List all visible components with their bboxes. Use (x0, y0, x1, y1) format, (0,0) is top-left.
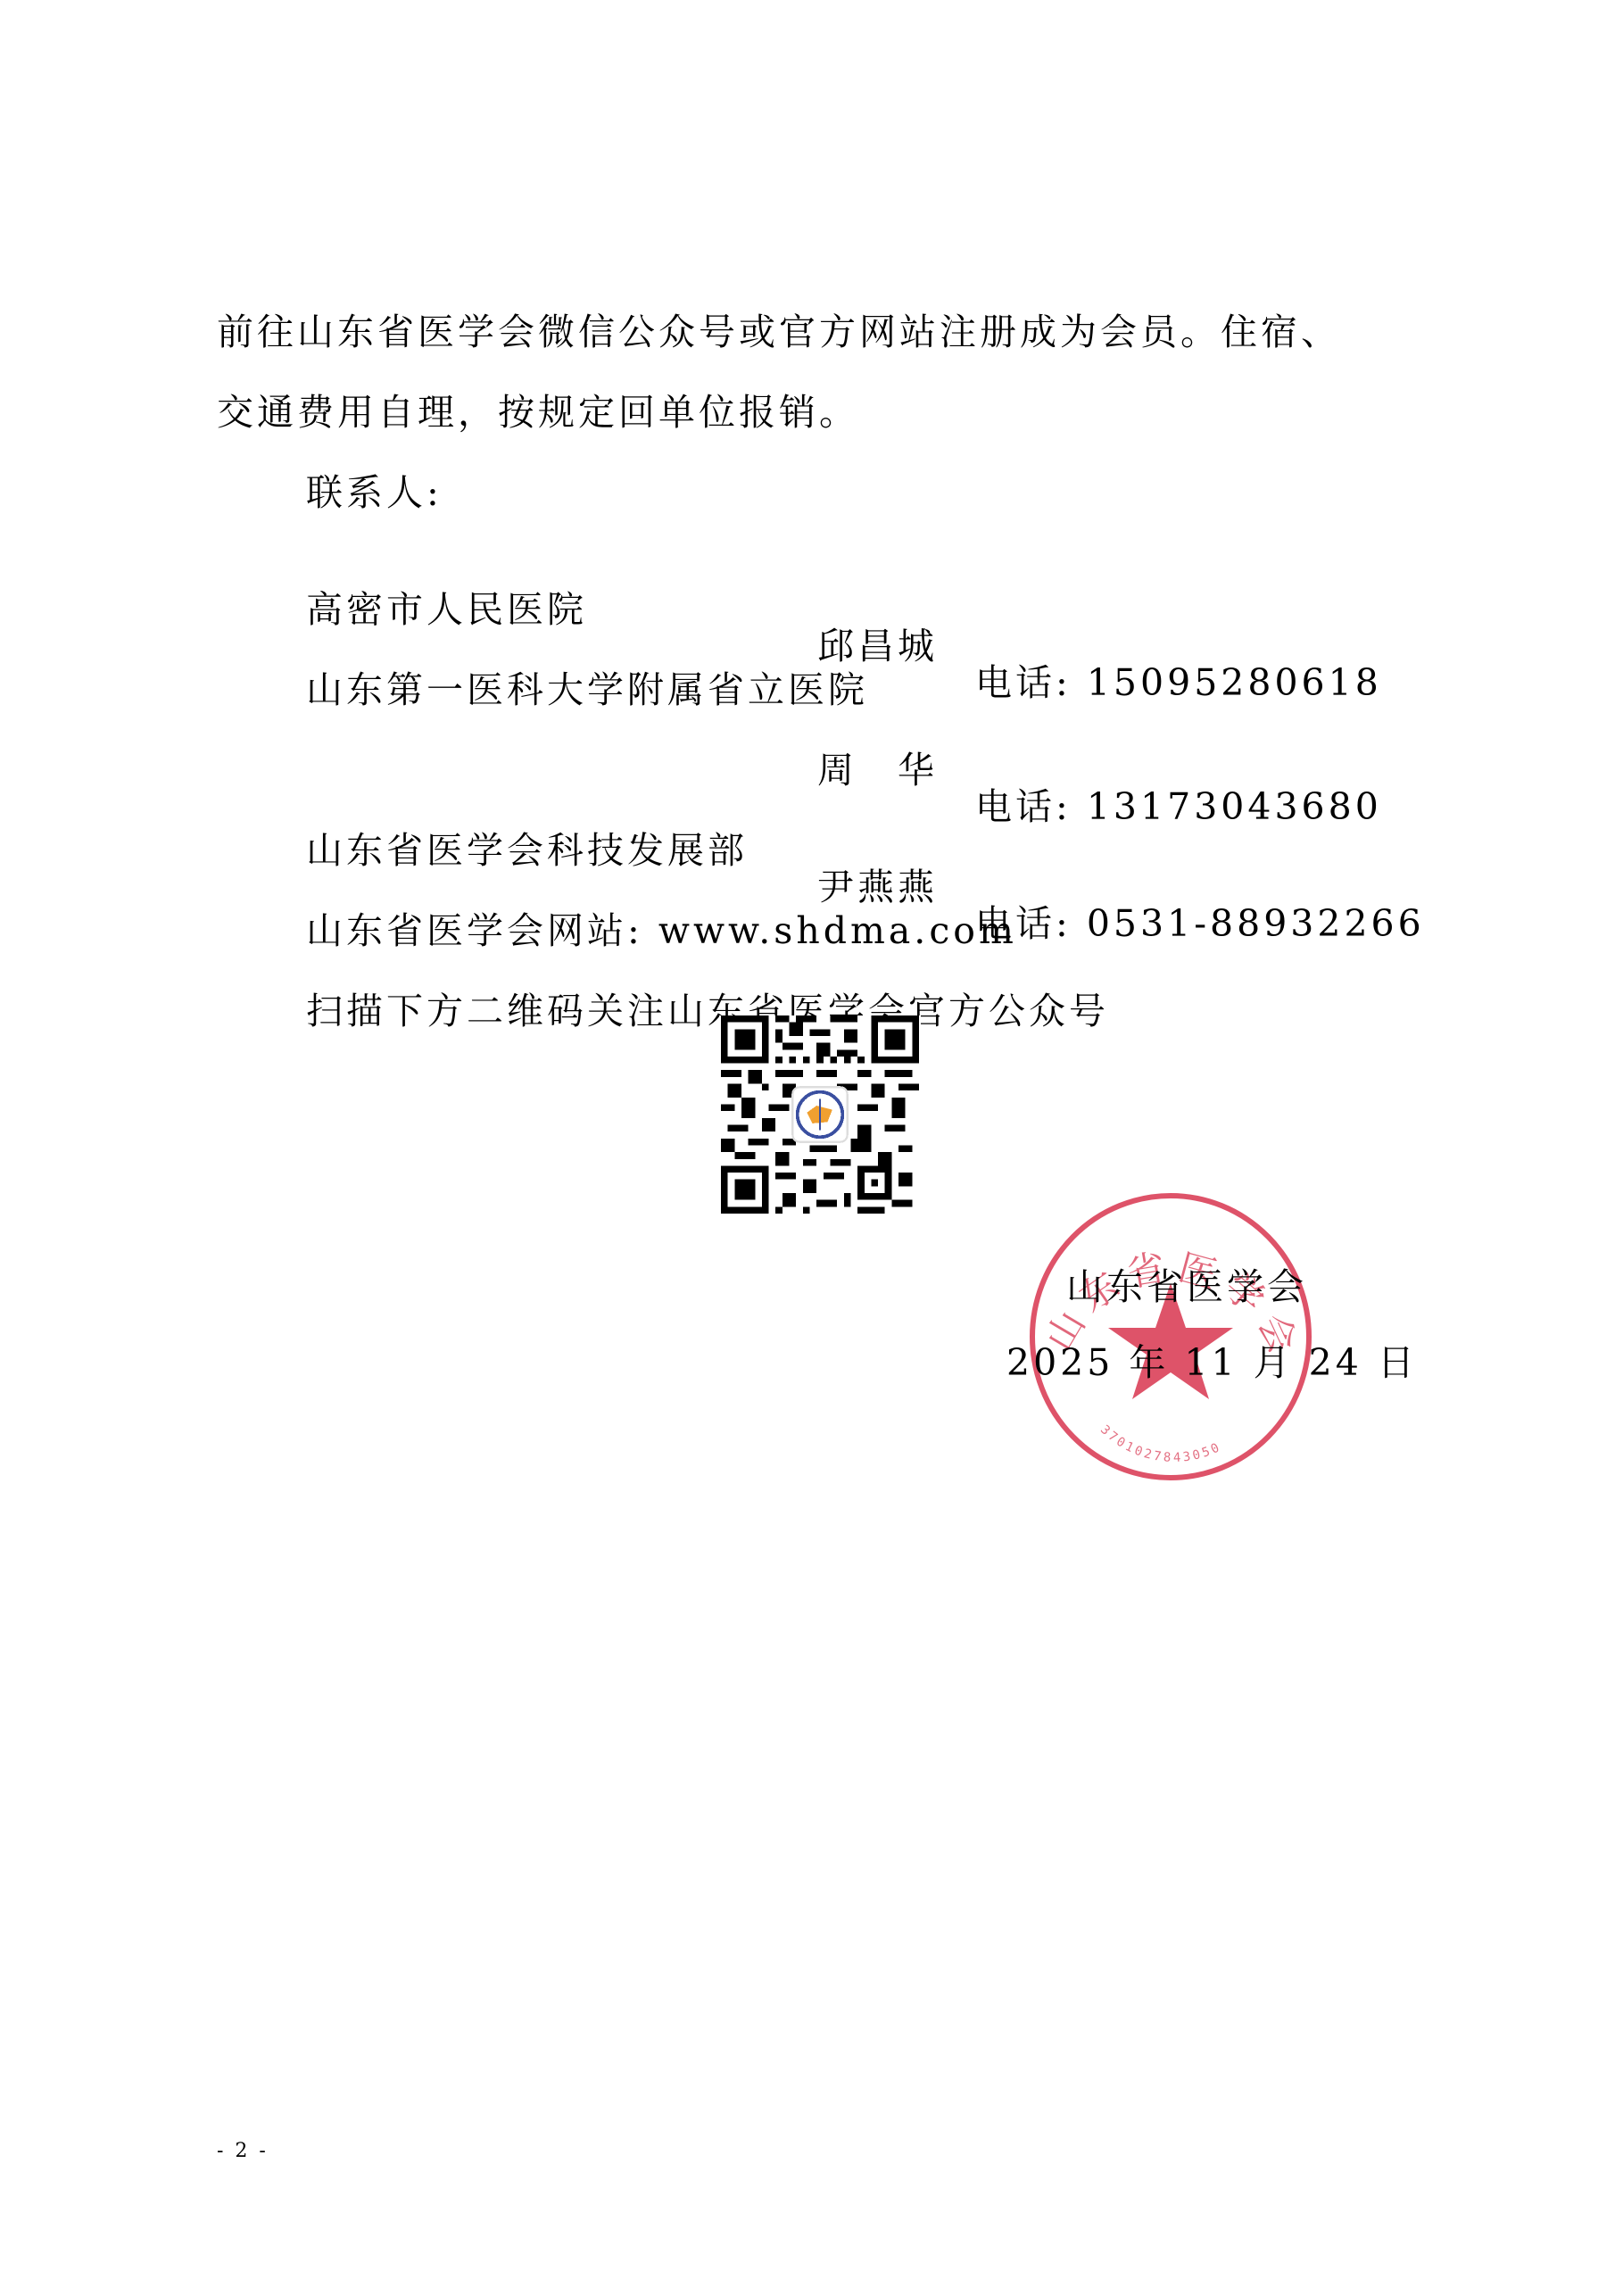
website-line: 山东省医学会网站: www.shdma.com (306, 876, 1466, 921)
svg-text:3701027843050: 3701027843050 (1097, 1422, 1224, 1465)
qr-code[interactable] (719, 1015, 921, 1214)
seal-icon: 山东省医学会 3701027843050 (1024, 1185, 1317, 1488)
official-seal: 山东省医学会 3701027843050 (1024, 1185, 1317, 1488)
paragraph-line-1: 前往山东省医学会微信公众号或官方网站注册成为会员。住宿、 (217, 314, 1341, 351)
qr-code-icon (719, 1015, 921, 1214)
contact-person: 周 华 (817, 752, 938, 789)
signature-date: 2025 年 11 月 24 日 (1006, 1345, 1418, 1381)
contact-row: 山东第一医科大学附属省立医院 (306, 635, 1466, 680)
contact-row: 周 华 电话: 13173043680 (306, 716, 1466, 760)
contact-org: 高密市人民医院 (306, 592, 587, 628)
qr-instruction-text: 扫描下方二维码关注山东省医学会官方公众号 (306, 993, 1109, 1030)
contacts-label: 联系人: (306, 475, 443, 511)
page-number: - 2 - (217, 2140, 269, 2162)
contact-org: 山东省医学会科技发展部 (306, 833, 748, 869)
qr-instruction: 扫描下方二维码关注山东省医学会官方公众号 (306, 957, 1466, 1001)
signature-org: 山东省医学会 (1066, 1269, 1307, 1305)
paragraph-line-2: 交通费用自理，按规定回单位报销。 (217, 394, 859, 431)
contact-row: 高密市人民医院 邱昌城 电话: 15095280618 (306, 555, 1466, 600)
website-text: 山东省医学会网站: www.shdma.com (306, 913, 1017, 949)
contact-org: 山东第一医科大学附属省立医院 (306, 672, 868, 709)
contact-row: 山东省医学会科技发展部 尹燕燕 电话: 0531-88932266 (306, 796, 1466, 841)
